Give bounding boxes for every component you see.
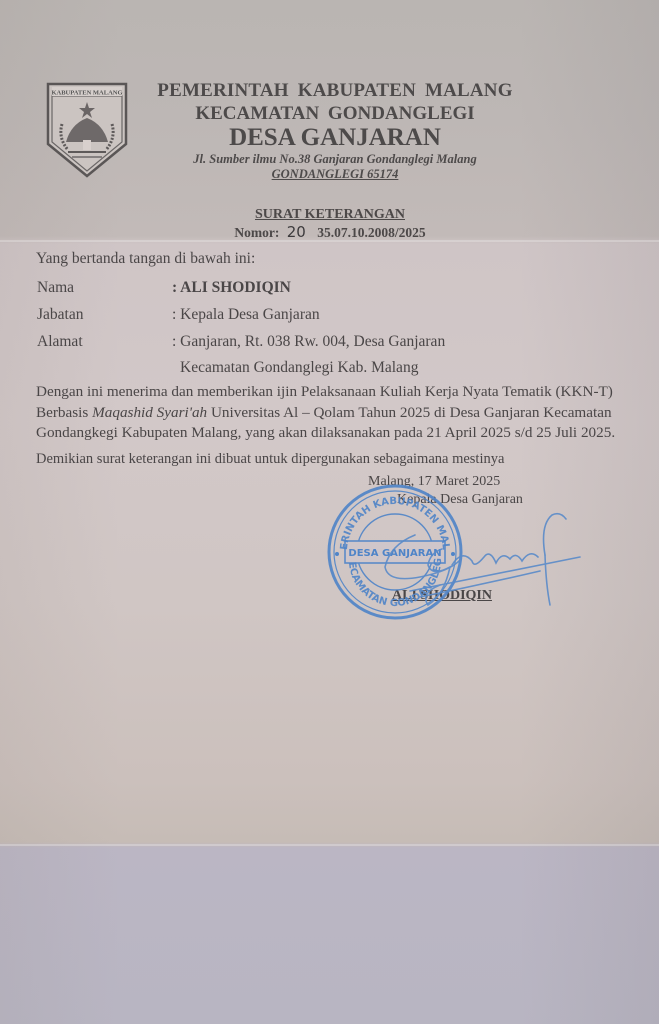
field-value-address-cont: Kecamatan Gondanglegi Kab. Malang [180, 359, 418, 377]
field-label-position: Jabatan [37, 306, 83, 324]
letterhead-village: DESA GANJARAN [140, 124, 530, 152]
paragraph-line: Gondangkegi Kabupaten Malang, yang akan … [36, 423, 636, 444]
document-number-label: Nomor: [234, 225, 279, 240]
letterhead-postal: GONDANGLEGI 65174 [140, 167, 530, 182]
permission-paragraph: Dengan ini menerima dan memberikan ijin … [36, 382, 636, 444]
letterhead-government: PEMERINTAH KABUPATEN MALANG [140, 80, 530, 102]
field-label-address: Alamat [37, 333, 83, 351]
document-number: Nomor: 20 35.07.10.2008/2025 [170, 223, 490, 241]
closing-statement: Demikian surat keterangan ini dibuat unt… [36, 451, 504, 468]
paragraph-line: Dengan ini menerima dan memberikan ijin … [36, 382, 636, 403]
svg-text:KABUPATEN MALANG: KABUPATEN MALANG [51, 90, 122, 97]
handwritten-signature-icon [380, 505, 595, 615]
letterhead-district: KECAMATAN GONDANGLEGI [140, 103, 530, 125]
field-label-name: Nama [37, 279, 74, 297]
document-number-handwritten: 20 [287, 223, 306, 241]
intro-text: Yang bertanda tangan di bawah ini: [36, 250, 255, 268]
field-value-position: : Kepala Desa Ganjaran [172, 306, 320, 324]
document-title: SURAT KETERANGAN [170, 207, 490, 223]
regency-emblem-icon: KABUPATEN MALANG [46, 82, 128, 178]
field-value-address: : Ganjaran, Rt. 038 Rw. 004, Desa Ganjar… [172, 333, 445, 351]
document-number-code: 35.07.10.2008/2025 [317, 225, 425, 240]
paper-fold [0, 844, 659, 846]
field-value-name: : ALI SHODIQIN [172, 279, 291, 297]
paragraph-line: Berbasis Maqashid Syari'ah Universitas A… [36, 403, 636, 424]
letterhead-address: Jl. Sumber ilmu No.38 Ganjaran Gondangle… [140, 152, 530, 167]
